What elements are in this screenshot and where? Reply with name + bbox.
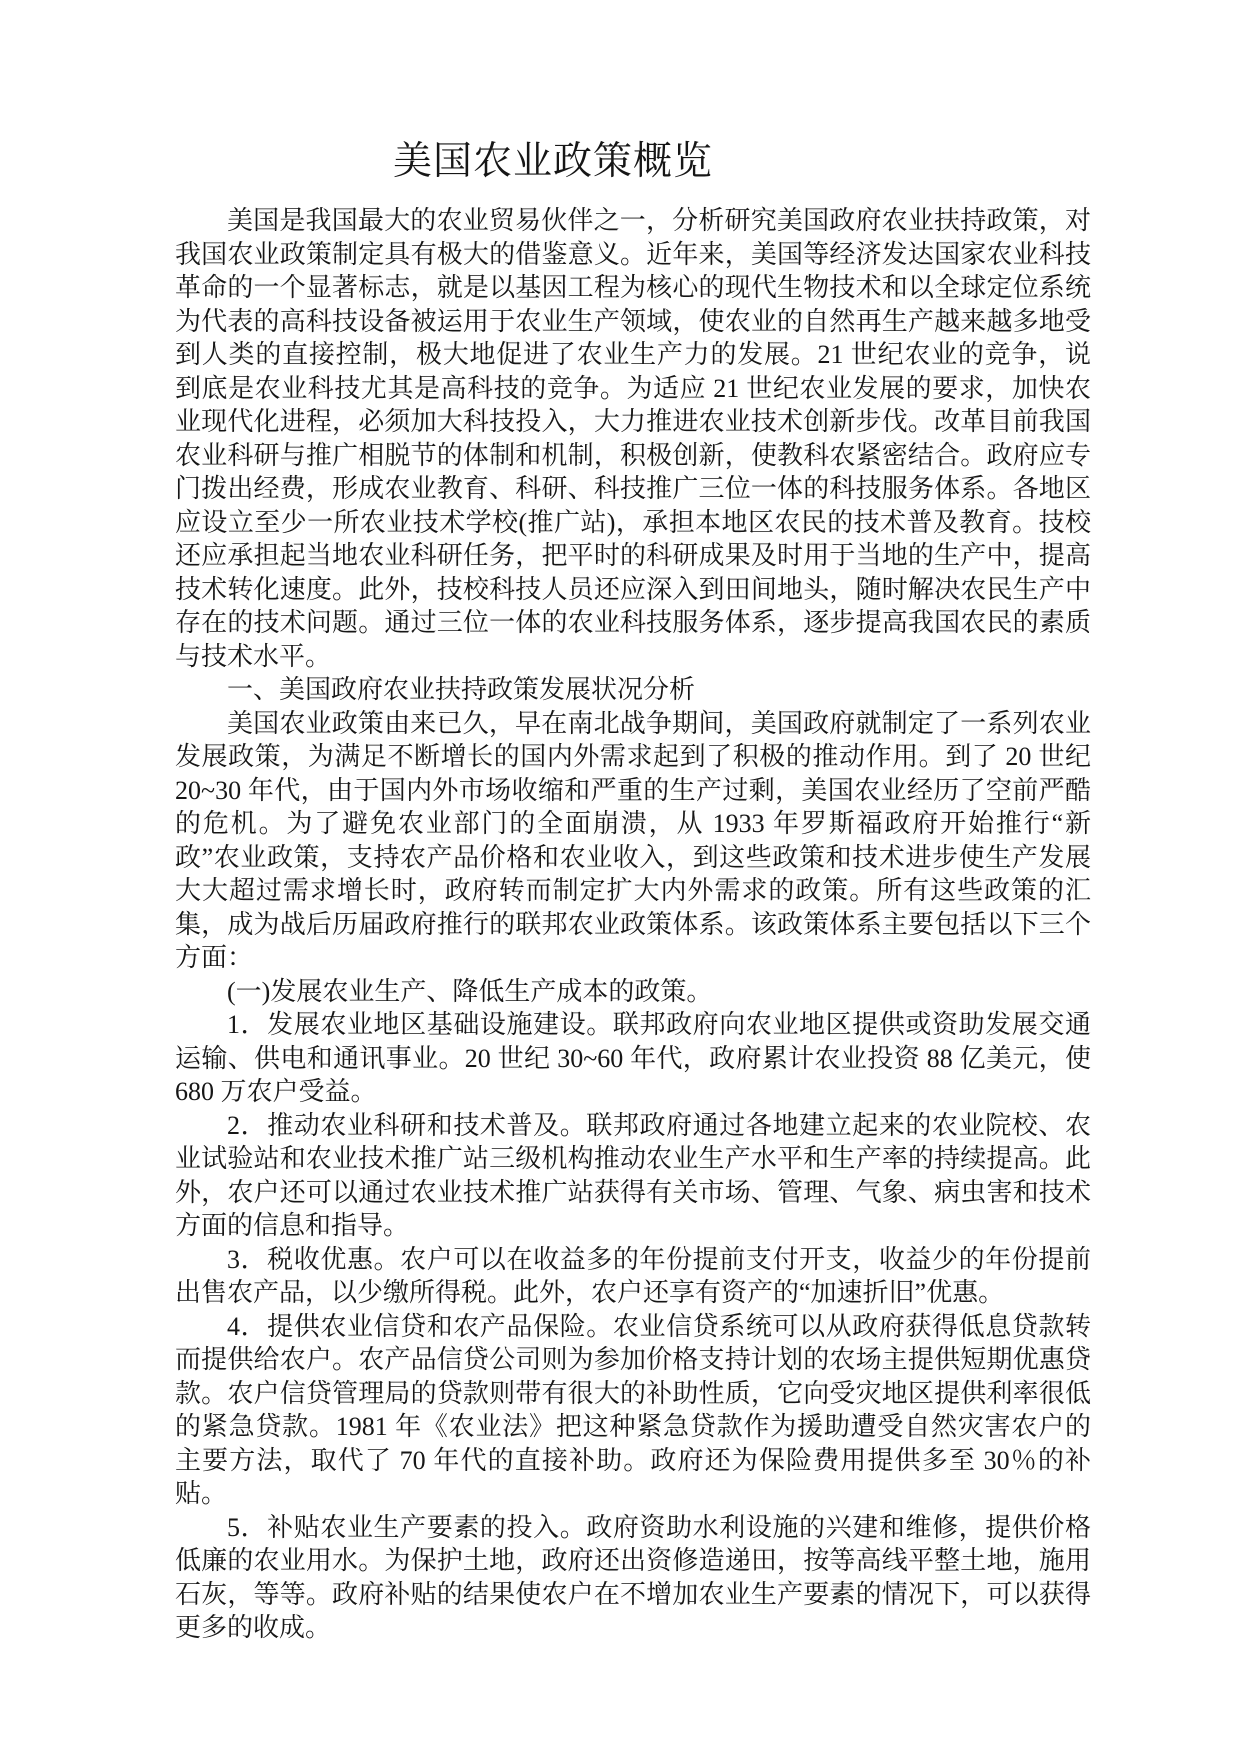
paragraph-item-2-research: 2．推动农业科研和技术普及。联邦政府通过各地建立起来的农业院校、农业试验站和农业… — [175, 1109, 1091, 1243]
paragraph-item-3-tax: 3．税收优惠。农户可以在收益多的年份提前支付开支，收益少的年份提前出售农产品，以… — [175, 1243, 1091, 1310]
paragraph-policy-history: 美国农业政策由来已久，早在南北战争期间，美国政府就制定了一系列农业发展政策，为满… — [175, 707, 1091, 975]
document-content: 美国农业政策概览 美国是我国最大的农业贸易伙伴之一，分析研究美国政府农业扶持政策… — [175, 134, 1091, 1645]
paragraph-item-1-infrastructure: 1．发展农业地区基础设施建设。联邦政府向农业地区提供或资助发展交通运输、供电和通… — [175, 1008, 1091, 1109]
section-heading-1: 一、美国政府农业扶持政策发展状况分析 — [175, 673, 1091, 707]
paragraph-intro: 美国是我国最大的农业贸易伙伴之一，分析研究美国政府农业扶持政策，对我国农业政策制… — [175, 204, 1091, 673]
document-title: 美国农业政策概览 — [175, 134, 931, 190]
paragraph-item-4-credit-insurance: 4．提供农业信贷和农产品保险。农业信贷系统可以从政府获得低息贷款转而提供给农户。… — [175, 1310, 1091, 1511]
document-page: 美国农业政策概览 美国是我国最大的农业贸易伙伴之一，分析研究美国政府农业扶持政策… — [0, 0, 1241, 1754]
subsection-heading-1: (一)发展农业生产、降低生产成本的政策。 — [175, 975, 1091, 1009]
paragraph-item-5-subsidy: 5．补贴农业生产要素的投入。政府资助水利设施的兴建和维修，提供价格低廉的农业用水… — [175, 1511, 1091, 1645]
